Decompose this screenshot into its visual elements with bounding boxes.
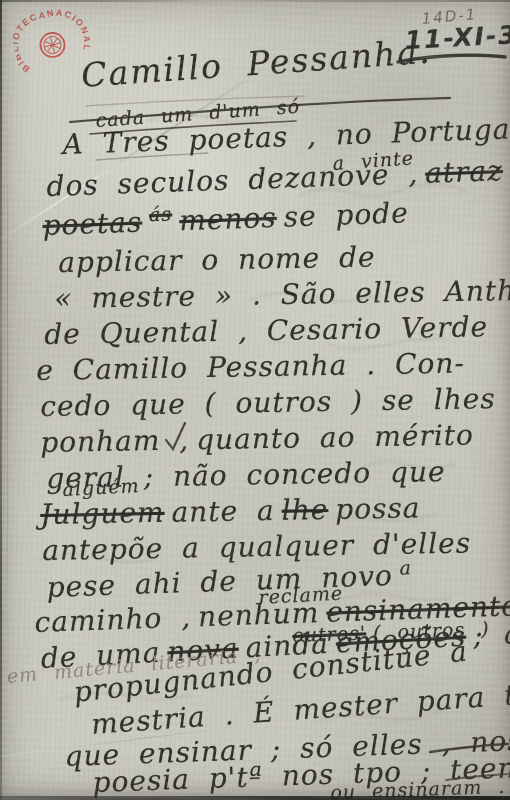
manuscript-line: « mestre » . São elles Anthero — [54, 273, 510, 315]
scan-edge-top — [0, 0, 510, 2]
text-segment: ponham , — [40, 423, 189, 459]
text-segment: caminho , — [34, 601, 192, 639]
manuscript-line: e Camillo Pessanha . Con- — [36, 346, 472, 387]
text-segment: « mestre » . São elles Anthero — [54, 273, 510, 315]
manuscript-body: cada um d'um sóA Tres poetas , no Portug… — [0, 0, 510, 800]
manuscript-line: de Quental , Cesario Verde — [44, 310, 495, 351]
text-segment: ante a — [171, 494, 275, 529]
text-segment: possa — [335, 491, 421, 525]
manuscript-line: dos seculos dezanove ,atraz — [46, 154, 510, 203]
text-segment: lhe — [281, 493, 328, 527]
text-segment: ás — [149, 203, 173, 226]
manuscript-line: poetasásmenosse pode — [42, 195, 416, 242]
manuscript-page: BIBLIOTECA NACIONAL 14D-1 11-XI-34 Camil… — [0, 0, 510, 800]
manuscript-line: Julguemante alhepossa — [40, 491, 428, 531]
scan-edge-left — [0, 0, 2, 800]
text-segment: a — [399, 557, 412, 579]
text-segment: quanto ao mérito — [196, 418, 474, 456]
text-segment: e Camillo Pessanha . Con- — [36, 347, 465, 387]
scan-edge-bottom — [0, 796, 510, 800]
text-segment: applicar o nome de — [58, 240, 376, 279]
text-segment: se pode — [283, 197, 409, 234]
manuscript-line: ponham ,quanto ao mérito — [40, 418, 481, 459]
text-segment: Julguem — [40, 496, 165, 531]
text-segment: ; que — [472, 615, 510, 652]
text-segment: de Quental , Cesario Verde — [44, 310, 488, 351]
text-segment: atraz — [425, 154, 504, 190]
text-segment: cedo que ( outros ) se lhes ante- — [40, 380, 510, 423]
text-segment: poetas — [42, 206, 143, 242]
text-segment: menos — [179, 201, 277, 237]
manuscript-line: cedo que ( outros ) se lhes ante- — [40, 380, 510, 423]
manuscript-line: applicar o nome de — [58, 240, 383, 279]
